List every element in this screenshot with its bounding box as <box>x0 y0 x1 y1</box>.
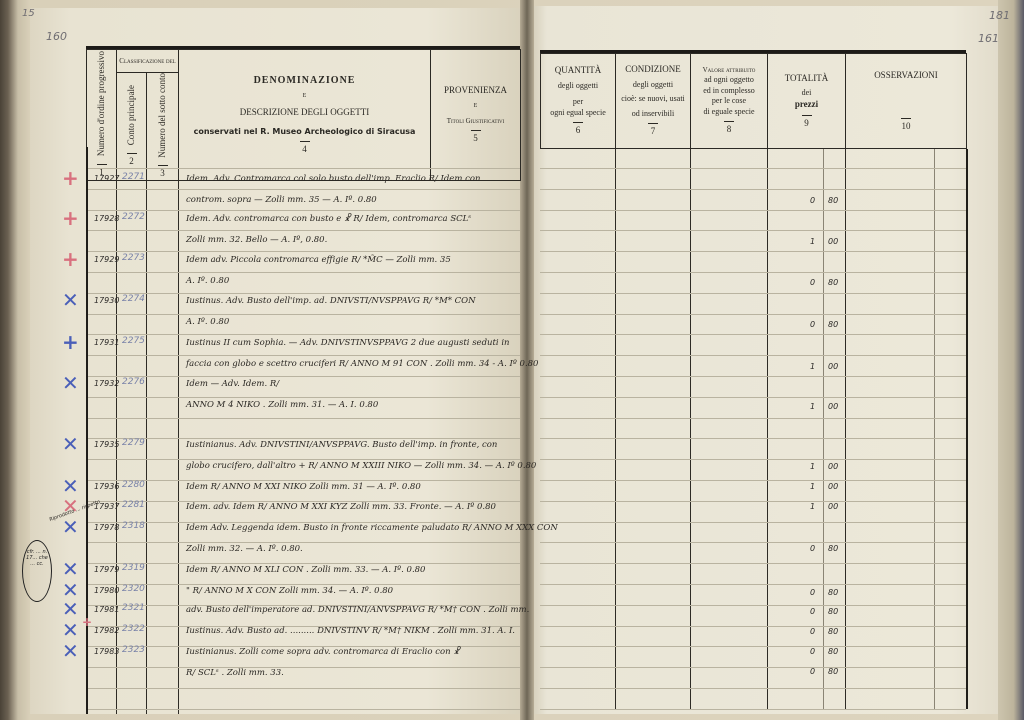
price-cents: 80 <box>828 627 838 636</box>
entry-description-line: Idem. adv. Idem R/ ANNO M XXI KYZ Zolli … <box>186 502 496 512</box>
entry-number: 17935 <box>94 440 119 449</box>
col-header-denomination: DENOMINAZIONE E DESCRIZIONE DEGLI OGGETT… <box>179 50 431 181</box>
entry-description-line: ANNO M 4 NIKO . Zolli mm. 31. — A. I. 0.… <box>186 400 378 410</box>
classification-number: 2272 <box>122 212 145 222</box>
inventory-check-mark: + <box>62 168 79 188</box>
left-page-number: 160 <box>46 30 67 43</box>
col-header-total-prices: TOTALITÀdei prezzi 9 <box>768 54 846 149</box>
ruled-line-right <box>540 293 966 294</box>
price-cents: 00 <box>828 237 838 246</box>
entry-number: 17983 <box>94 647 119 656</box>
ruled-line-left <box>88 584 520 585</box>
col-header-sub-account: Numero del sotto conto3 <box>147 73 179 181</box>
col-header-main-account: Conto principale2 <box>117 73 147 181</box>
col-header-provenance: PROVENIENZA E Titoli Giustificativi 5 <box>431 50 521 181</box>
ruled-line-left <box>88 168 520 169</box>
price-lire: 0 <box>810 647 815 656</box>
right-col-line-4 <box>845 149 846 709</box>
entry-description-line: Idem — Adv. Idem. R/ <box>186 379 279 389</box>
book-edge <box>998 0 1024 720</box>
inventory-check-mark: ✕ <box>62 517 79 537</box>
inventory-check-mark: ✕ <box>62 599 79 619</box>
price-lire: 1 <box>810 482 815 491</box>
ruled-line-left <box>88 418 520 419</box>
entry-description-line: Iustinus. Adv. Busto ad. ......... DNIVS… <box>186 626 515 636</box>
ruled-line-left <box>88 397 520 398</box>
ruled-line-left <box>88 293 520 294</box>
left-header-table: Numero d'ordine progressivo 1 Classifica… <box>86 49 521 181</box>
ledger-book-spread: 15 160 181 161 Numero d'ordine progressi… <box>0 0 1024 720</box>
entry-number: 17928 <box>94 214 119 223</box>
price-cents: 80 <box>828 320 838 329</box>
entry-number: 17929 <box>94 255 119 264</box>
ruled-line-right <box>540 189 966 190</box>
ruled-line-left <box>88 438 520 439</box>
ruled-line-left <box>88 709 520 710</box>
entry-description-line: Idem Adv. Leggenda idem. Busto in fronte… <box>186 523 558 533</box>
inventory-check-mark: ✕ <box>62 290 79 310</box>
right-col-line-1 <box>615 149 616 709</box>
ruled-line-right <box>540 251 966 252</box>
ruled-line-left <box>88 376 520 377</box>
entry-number: 17980 <box>94 586 119 595</box>
entry-description-line: " R/ ANNO M X CON Zolli mm. 34. — A. Iº.… <box>186 586 393 596</box>
price-cents: 80 <box>828 647 838 656</box>
entry-number: 17979 <box>94 565 119 574</box>
classification-number: 2274 <box>122 294 145 304</box>
entry-description-line: Idem R/ ANNO M XLI CON . Zolli mm. 33. —… <box>186 565 425 575</box>
price-lire: 0 <box>810 588 815 597</box>
inventory-check-mark: + <box>62 332 79 352</box>
classification-number: 2280 <box>122 480 145 490</box>
entry-description-line: faccia con globo e scettro cruciferi R/ … <box>186 359 538 369</box>
left-col-line-3 <box>178 147 179 714</box>
ruled-line-right <box>540 688 966 689</box>
ruled-line-left <box>88 210 520 211</box>
price-lire: 1 <box>810 237 815 246</box>
ruled-line-left <box>88 314 520 315</box>
classification-number: 2320 <box>122 584 145 594</box>
ruled-line-left <box>88 189 520 190</box>
ruled-line-left <box>88 667 520 668</box>
entry-description-line: A. Iº. 0.80 <box>186 317 229 327</box>
entry-description-line: Idem. Adv. contromarca con busto e ☧ R/ … <box>186 214 471 224</box>
ruled-line-right <box>540 501 966 502</box>
entry-description-line: Zolli mm. 32. Bello — A. Iº, 0.80. <box>186 235 327 245</box>
entry-number: 17930 <box>94 296 119 305</box>
entry-number: 17982 <box>94 626 119 635</box>
classification-number: 2273 <box>122 253 145 263</box>
inventory-check-mark: ✕ <box>62 476 79 496</box>
classification-number: 2281 <box>122 500 145 510</box>
right-col-line-6 <box>934 149 935 709</box>
ruled-line-right <box>540 418 966 419</box>
entry-number: 17927 <box>94 174 119 183</box>
price-lire: 0 <box>810 544 815 553</box>
ruled-line-right <box>540 522 966 523</box>
price-cents: 00 <box>828 402 838 411</box>
entry-number: 17931 <box>94 338 119 347</box>
ruled-line-right <box>540 480 966 481</box>
entry-number: 17932 <box>94 379 119 388</box>
right-header-table: QUANTITÀdegli oggetti perogni egual spec… <box>540 53 967 149</box>
entry-description-line: Idem. Adv. Contromarca col solo busto de… <box>186 174 480 184</box>
classification-number: 2318 <box>122 521 145 531</box>
entry-description-line: controm. sopra — Zolli mm. 35 — A. Iº. 0… <box>186 195 377 205</box>
ruled-line-right <box>540 272 966 273</box>
ruled-line-right <box>540 397 966 398</box>
inventory-check-mark: ✕ <box>62 620 79 640</box>
price-lire: 1 <box>810 502 815 511</box>
entry-description-line: Iustinus. Adv. Busto dell'imp. ad. DNIVS… <box>186 296 476 306</box>
ruled-line-right <box>540 584 966 585</box>
price-cents: 80 <box>828 588 838 597</box>
ruled-line-right <box>540 230 966 231</box>
price-lire: 0 <box>810 607 815 616</box>
ruled-line-right <box>540 355 966 356</box>
classification-number: 2321 <box>122 603 145 613</box>
inventory-check-mark: ✕ <box>62 641 79 661</box>
classification-number: 2275 <box>122 336 145 346</box>
price-lire: 1 <box>810 362 815 371</box>
inventory-check-mark: + <box>62 208 79 228</box>
price-lire: 0 <box>810 320 815 329</box>
entry-number: 17978 <box>94 523 119 532</box>
price-cents: 00 <box>828 362 838 371</box>
ruled-line-right <box>540 563 966 564</box>
classification-number: 2271 <box>122 172 145 182</box>
price-cents: 00 <box>828 482 838 491</box>
price-cents: 80 <box>828 607 838 616</box>
margin-cross-mark: + <box>82 612 92 632</box>
entry-description-line: globo crucifero, dall'altro + R/ ANNO M … <box>186 461 536 471</box>
col-header-order-number: Numero d'ordine progressivo 1 <box>87 50 117 181</box>
right-col-cents-line <box>823 149 824 709</box>
ruled-line-right <box>540 376 966 377</box>
inventory-check-mark: ✕ <box>62 373 79 393</box>
ruled-line-right <box>540 334 966 335</box>
entry-description-line: Idem adv. Piccola contromarca effigie R/… <box>186 255 451 265</box>
ruled-line-left <box>88 272 520 273</box>
ruled-line-left <box>88 230 520 231</box>
price-cents: 00 <box>828 502 838 511</box>
price-lire: 0 <box>810 196 815 205</box>
ruled-line-left <box>88 542 520 543</box>
price-lire: 0 <box>810 667 815 676</box>
ruled-line-right <box>540 542 966 543</box>
right-col-line-5 <box>966 149 968 709</box>
ruled-line-left <box>88 251 520 252</box>
entry-description-line: adv. Busto dell'imperatore ad. DNIVSTINI… <box>186 605 529 615</box>
ruled-line-right <box>540 210 966 211</box>
entry-number: 17936 <box>94 482 119 491</box>
ruled-line-right <box>540 605 966 606</box>
stamped-page-number: 15 <box>22 8 35 19</box>
ruled-line-left <box>88 334 520 335</box>
ruled-line-right <box>540 646 966 647</box>
right-col-line-3 <box>767 149 768 709</box>
col-header-value: Valore attribuitoad ogni oggetto ed in c… <box>691 54 768 149</box>
classification-number: 2276 <box>122 377 145 387</box>
price-lire: 1 <box>810 462 815 471</box>
price-cents: 80 <box>828 667 838 676</box>
entry-description-line: R/ SCLˢ . Zolli mm. 33. <box>186 668 284 678</box>
col-header-quantity: QUANTITÀdegli oggetti perogni egual spec… <box>541 54 616 149</box>
ruled-line-left <box>88 563 520 564</box>
classification-number: 2279 <box>122 438 145 448</box>
inventory-check-mark: ✕ <box>62 559 79 579</box>
right-page-number: 161 <box>978 32 999 45</box>
ruled-line-right <box>540 314 966 315</box>
entry-description-line: Idem R/ ANNO M XXI NIKO Zolli mm. 31 — A… <box>186 482 421 492</box>
ruled-line-left <box>88 688 520 689</box>
ruled-line-right <box>540 168 966 169</box>
right-col-line-2 <box>690 149 691 709</box>
ruled-line-right <box>540 438 966 439</box>
price-cents: 80 <box>828 278 838 287</box>
entry-description-line: Zolli mm. 32. — A. Iº. 0.80. <box>186 544 303 554</box>
ruled-line-right <box>540 709 966 710</box>
entry-description-line: A. Iº. 0.80 <box>186 276 229 286</box>
price-lire: 0 <box>810 627 815 636</box>
entry-description-line: Iustinus II cum Sophia. — Adv. DNIVSTINV… <box>186 338 510 348</box>
inventory-check-mark: + <box>62 249 79 269</box>
price-lire: 0 <box>810 278 815 287</box>
ruled-line-left <box>88 480 520 481</box>
ruled-line-right <box>540 626 966 627</box>
outer-page-number: 181 <box>989 9 1010 22</box>
price-cents: 80 <box>828 544 838 553</box>
ruled-line-left <box>88 355 520 356</box>
entry-description-line: Iustinianus. Zolli come sopra adv. contr… <box>186 647 460 657</box>
inventory-check-mark: ✕ <box>62 434 79 454</box>
ruled-line-right <box>540 667 966 668</box>
ruled-line-right <box>540 459 966 460</box>
price-cents: 80 <box>828 196 838 205</box>
entry-number: 17981 <box>94 605 119 614</box>
classification-number: 2323 <box>122 645 145 655</box>
left-col-line-2 <box>146 147 147 714</box>
col-header-observations: OSSERVAZIONI 10 <box>846 54 967 149</box>
col-header-classification: Classificazione del <box>117 50 179 73</box>
price-lire: 1 <box>810 402 815 411</box>
classification-number: 2322 <box>122 624 145 634</box>
price-cents: 00 <box>828 462 838 471</box>
col-header-condition: CONDIZIONEdegli oggetti cioè: se nuovi, … <box>616 54 691 149</box>
entry-description-line: Iustinianus. Adv. DNIVSTINI/ANVSPPAVG. B… <box>186 440 497 450</box>
margin-note-circled: cfr. ... n. 17... che ... cc. <box>22 540 52 602</box>
classification-number: 2319 <box>122 563 145 573</box>
